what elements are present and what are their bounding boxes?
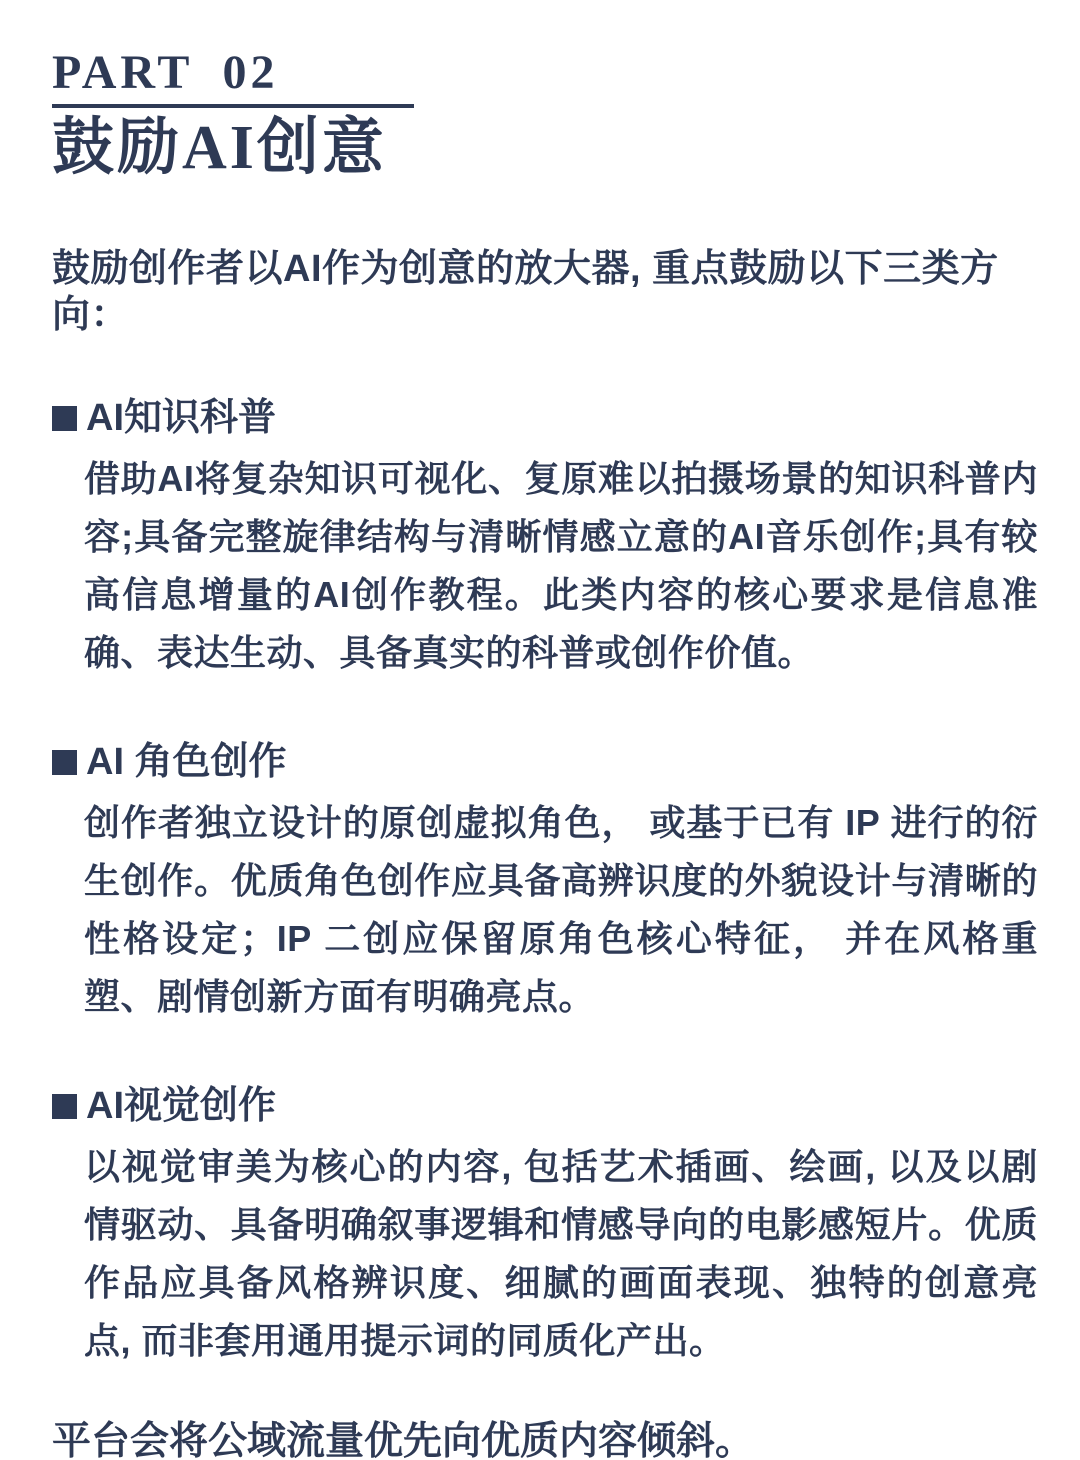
section-heading: AI视觉创作: [52, 1084, 1038, 1128]
section-heading-label: AI知识科普: [86, 396, 276, 440]
footer-statement: 平台会将公域流量优先向优质内容倾斜。: [52, 1418, 1038, 1460]
section-heading-label: AI 角色创作: [86, 740, 287, 784]
section-heading: AI知识科普: [52, 396, 1038, 440]
square-bullet-icon: [52, 750, 77, 775]
section-ai-visual: AI视觉创作 以视觉审美为核心的内容, 包括艺术插画、绘画, 以及以剧情驱动、具…: [52, 1084, 1038, 1370]
section-ai-knowledge: AI知识科普 借助AI将复杂知识可视化、复原难以拍摄场景的知识科普内容;具备完整…: [52, 396, 1038, 682]
section-heading-label: AI视觉创作: [86, 1084, 276, 1128]
intro-text: 鼓励创作者以AI作为创意的放大器, 重点鼓励以下三类方向：: [52, 246, 1038, 338]
section-ai-character: AI 角色创作 创作者独立设计的原创虚拟角色， 或基于已有 IP 进行的衍生创作…: [52, 740, 1038, 1026]
section-body-text: 创作者独立设计的原创虚拟角色， 或基于已有 IP 进行的衍生创作。优质角色创作应…: [84, 794, 1038, 1026]
square-bullet-icon: [52, 406, 77, 431]
page-title: 鼓励AI创意: [52, 112, 1038, 184]
document-page: PART 02 鼓励AI创意 鼓励创作者以AI作为创意的放大器, 重点鼓励以下三…: [0, 0, 1080, 1460]
section-heading: AI 角色创作: [52, 740, 1038, 784]
section-body-text: 以视觉审美为核心的内容, 包括艺术插画、绘画, 以及以剧情驱动、具备明确叙事逻辑…: [84, 1138, 1038, 1370]
part-label: PART 02: [52, 46, 1038, 100]
square-bullet-icon: [52, 1094, 77, 1119]
section-body-text: 借助AI将复杂知识可视化、复原难以拍摄场景的知识科普内容;具备完整旋律结构与清晰…: [84, 450, 1038, 682]
header-divider: [52, 104, 414, 108]
